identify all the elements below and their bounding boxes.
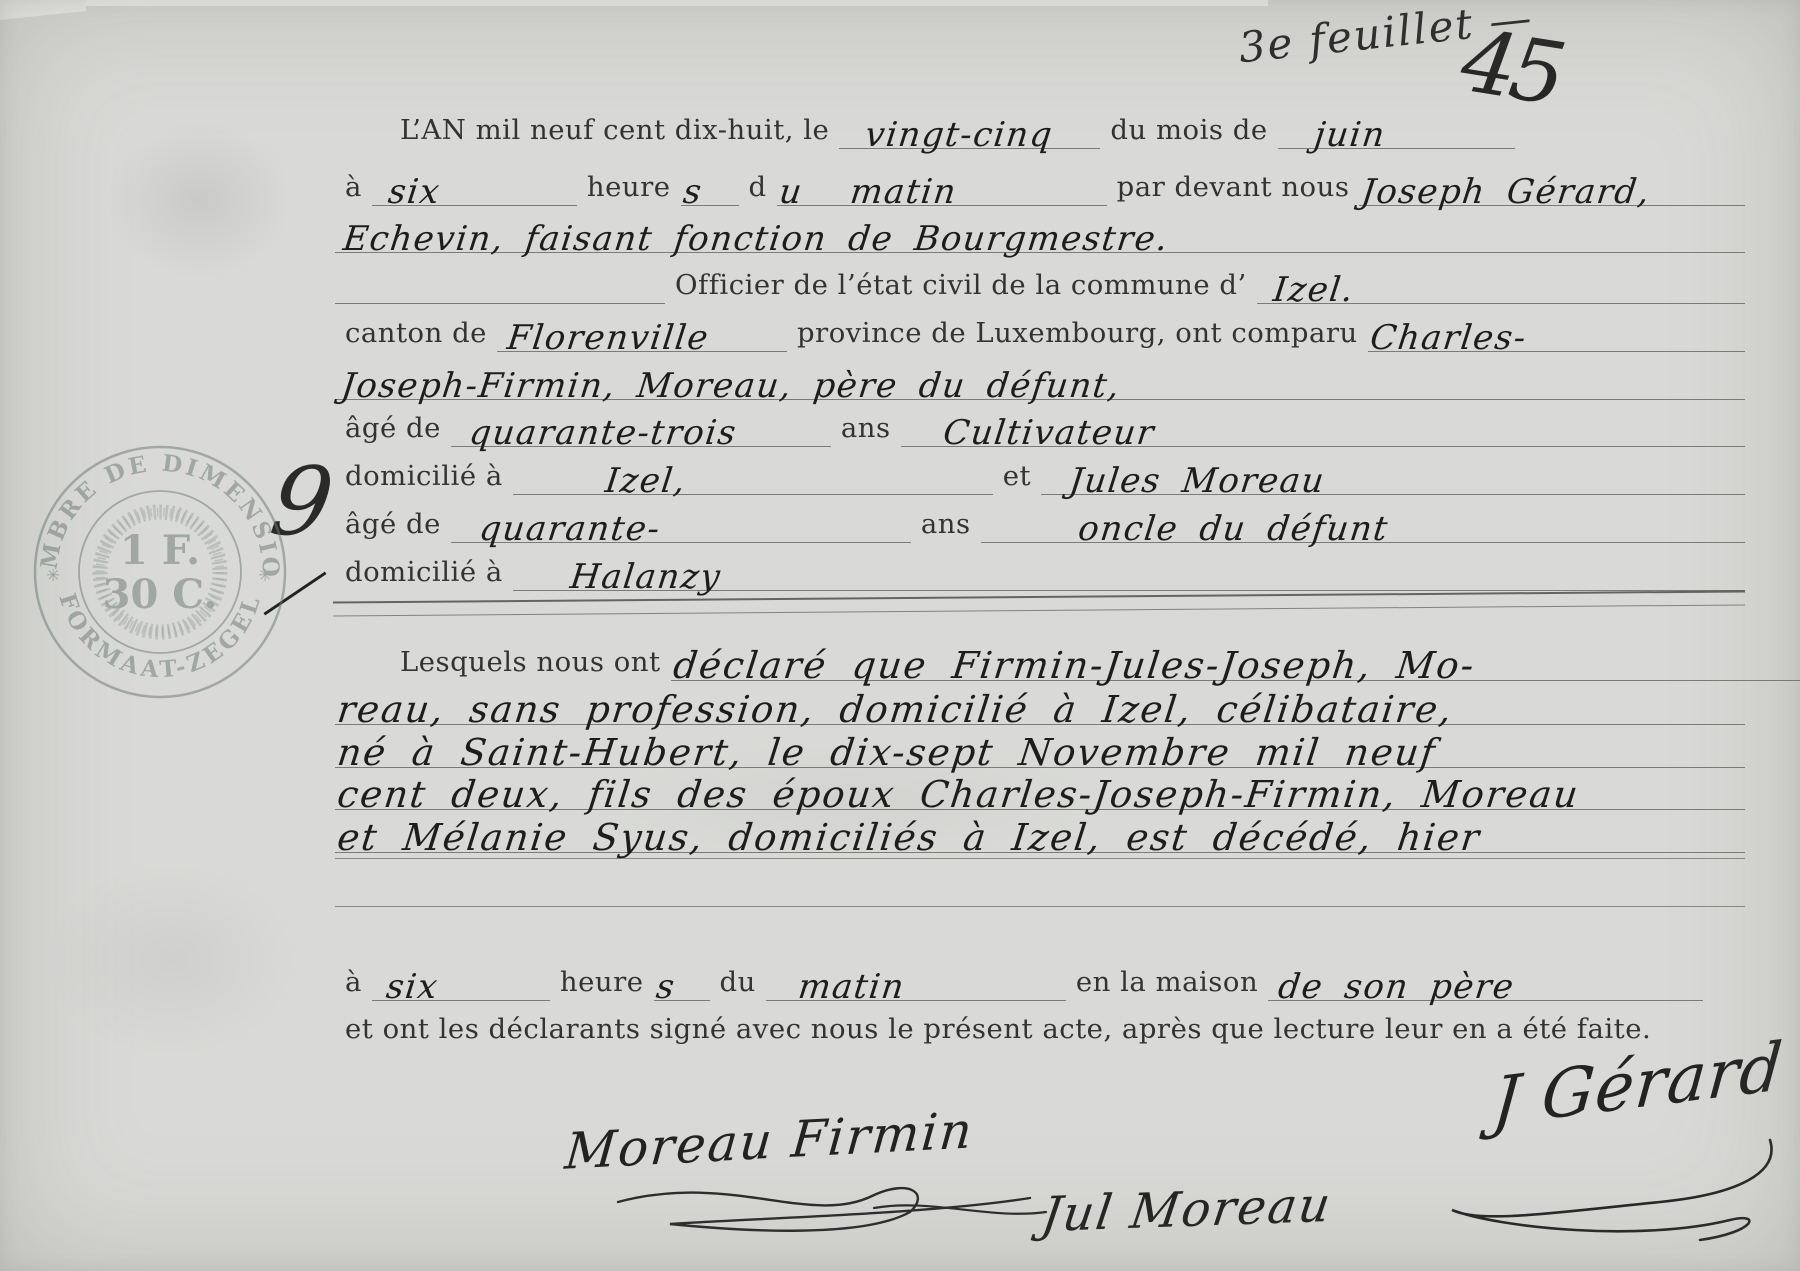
printed-text: âgé de	[335, 412, 451, 447]
ink-smudge	[104, 120, 294, 280]
scan-edge-corner	[0, 0, 86, 20]
printed-text: à	[335, 966, 372, 1001]
printed-text: d	[739, 171, 777, 206]
stamp-ornament-right: ✳	[258, 566, 272, 586]
revenue-stamp: TIMBRE DE DIMENSION FORMAAT-ZEGEL 1 F. 3…	[26, 438, 296, 708]
ruled-line	[335, 906, 1745, 907]
printed-text: heure	[577, 171, 681, 206]
printed-text: âgé de	[335, 508, 451, 543]
form-line-15: et Mélanie Syus, domiciliés à Izel, est …	[335, 807, 1745, 853]
printed-text: canton de	[335, 317, 497, 352]
form-line-13: né à Saint-Hubert, le dix-sept Novembre …	[335, 722, 1745, 768]
printed-text: Officier de l’état civil de la commune d…	[665, 269, 1257, 304]
signature-declarant2: Jul Moreau	[1038, 1177, 1335, 1243]
form-line-02: à six heure s d umatin par devant nous J…	[335, 156, 1745, 206]
form-line-06: Joseph-Firmin, Moreau, père du défunt,	[335, 350, 1745, 400]
handwritten-day: vingt-cinq	[839, 115, 1055, 155]
printed-text: du	[710, 966, 766, 1001]
form-line-05: canton de Florenville province de Luxemb…	[335, 302, 1745, 352]
ink-smudge	[40, 860, 300, 1060]
stamp-value-centimes: 30 C.	[103, 571, 218, 618]
signature-flourish	[1440, 1132, 1790, 1252]
printed-text: en la maison	[1066, 966, 1268, 1001]
printed-text: à	[335, 171, 372, 206]
printed-text: et	[993, 460, 1041, 495]
handwritten-officer-title: Echevin, faisant fonction de Bourgmestre…	[335, 219, 1171, 259]
form-line-01: L’AN mil neuf cent dix-huit, le vingt-ci…	[335, 99, 1515, 149]
form-line-03: Echevin, faisant fonction de Bourgmestre…	[335, 203, 1745, 253]
printed-text: ans	[831, 412, 901, 447]
form-line-07: âgé de quarante-trois ans Cultivateur	[335, 397, 1745, 447]
printed-text: province de Luxembourg, ont comparu	[787, 317, 1368, 352]
form-line-17: et ont les déclarants signé avec nous le…	[335, 998, 1745, 1048]
printed-text: heure	[550, 966, 654, 1001]
handwritten-month: juin	[1278, 115, 1388, 155]
printed-text: domicilié à	[335, 460, 513, 495]
form-line-11: Lesquels nous ont déclaré que Firmin-Jul…	[335, 631, 1800, 681]
printed-closing-text: et ont les déclarants signé avec nous le…	[335, 1013, 1661, 1048]
handwritten-declaration: et Mélanie Syus, domiciliés à Izel, est …	[335, 816, 1483, 859]
printed-text: L’AN mil neuf cent dix-huit, le	[390, 114, 839, 149]
form-line-09: âgé de quarante- ans oncle du défunt	[335, 493, 1745, 543]
form-line-08: domicilié à Izel, et Jules Moreau	[335, 445, 1745, 495]
form-line-16: à six heure s du matin en la maison de s…	[335, 951, 1703, 1001]
printed-text: du mois de	[1100, 114, 1277, 149]
scan-edge	[0, 0, 1268, 6]
printed-text: domicilié à	[335, 556, 513, 591]
form-line-10: domicilié à Halanzy	[335, 541, 1745, 591]
printed-text: par devant nous	[1107, 171, 1360, 206]
ruled-line	[335, 858, 1745, 859]
printed-text: ans	[911, 508, 981, 543]
form-line-14: cent deux, fils des époux Charles-Joseph…	[335, 764, 1745, 810]
death-certificate-scan: 3e feuillet — 45 9 TIMBRE DE DIMENSION F…	[0, 0, 1800, 1271]
stamp-value-francs: 1 F.	[120, 527, 200, 574]
form-line-04: Officier de l’état civil de la commune d…	[335, 254, 1745, 304]
printed-text: Lesquels nous ont	[390, 646, 671, 681]
form-line-12: reau, sans profession, domicilié à Izel,…	[335, 679, 1745, 725]
signature-flourish	[870, 1190, 1050, 1240]
stamp-ornament-left: ✳	[46, 566, 60, 586]
handwritten-residence: Halanzy	[513, 557, 724, 597]
